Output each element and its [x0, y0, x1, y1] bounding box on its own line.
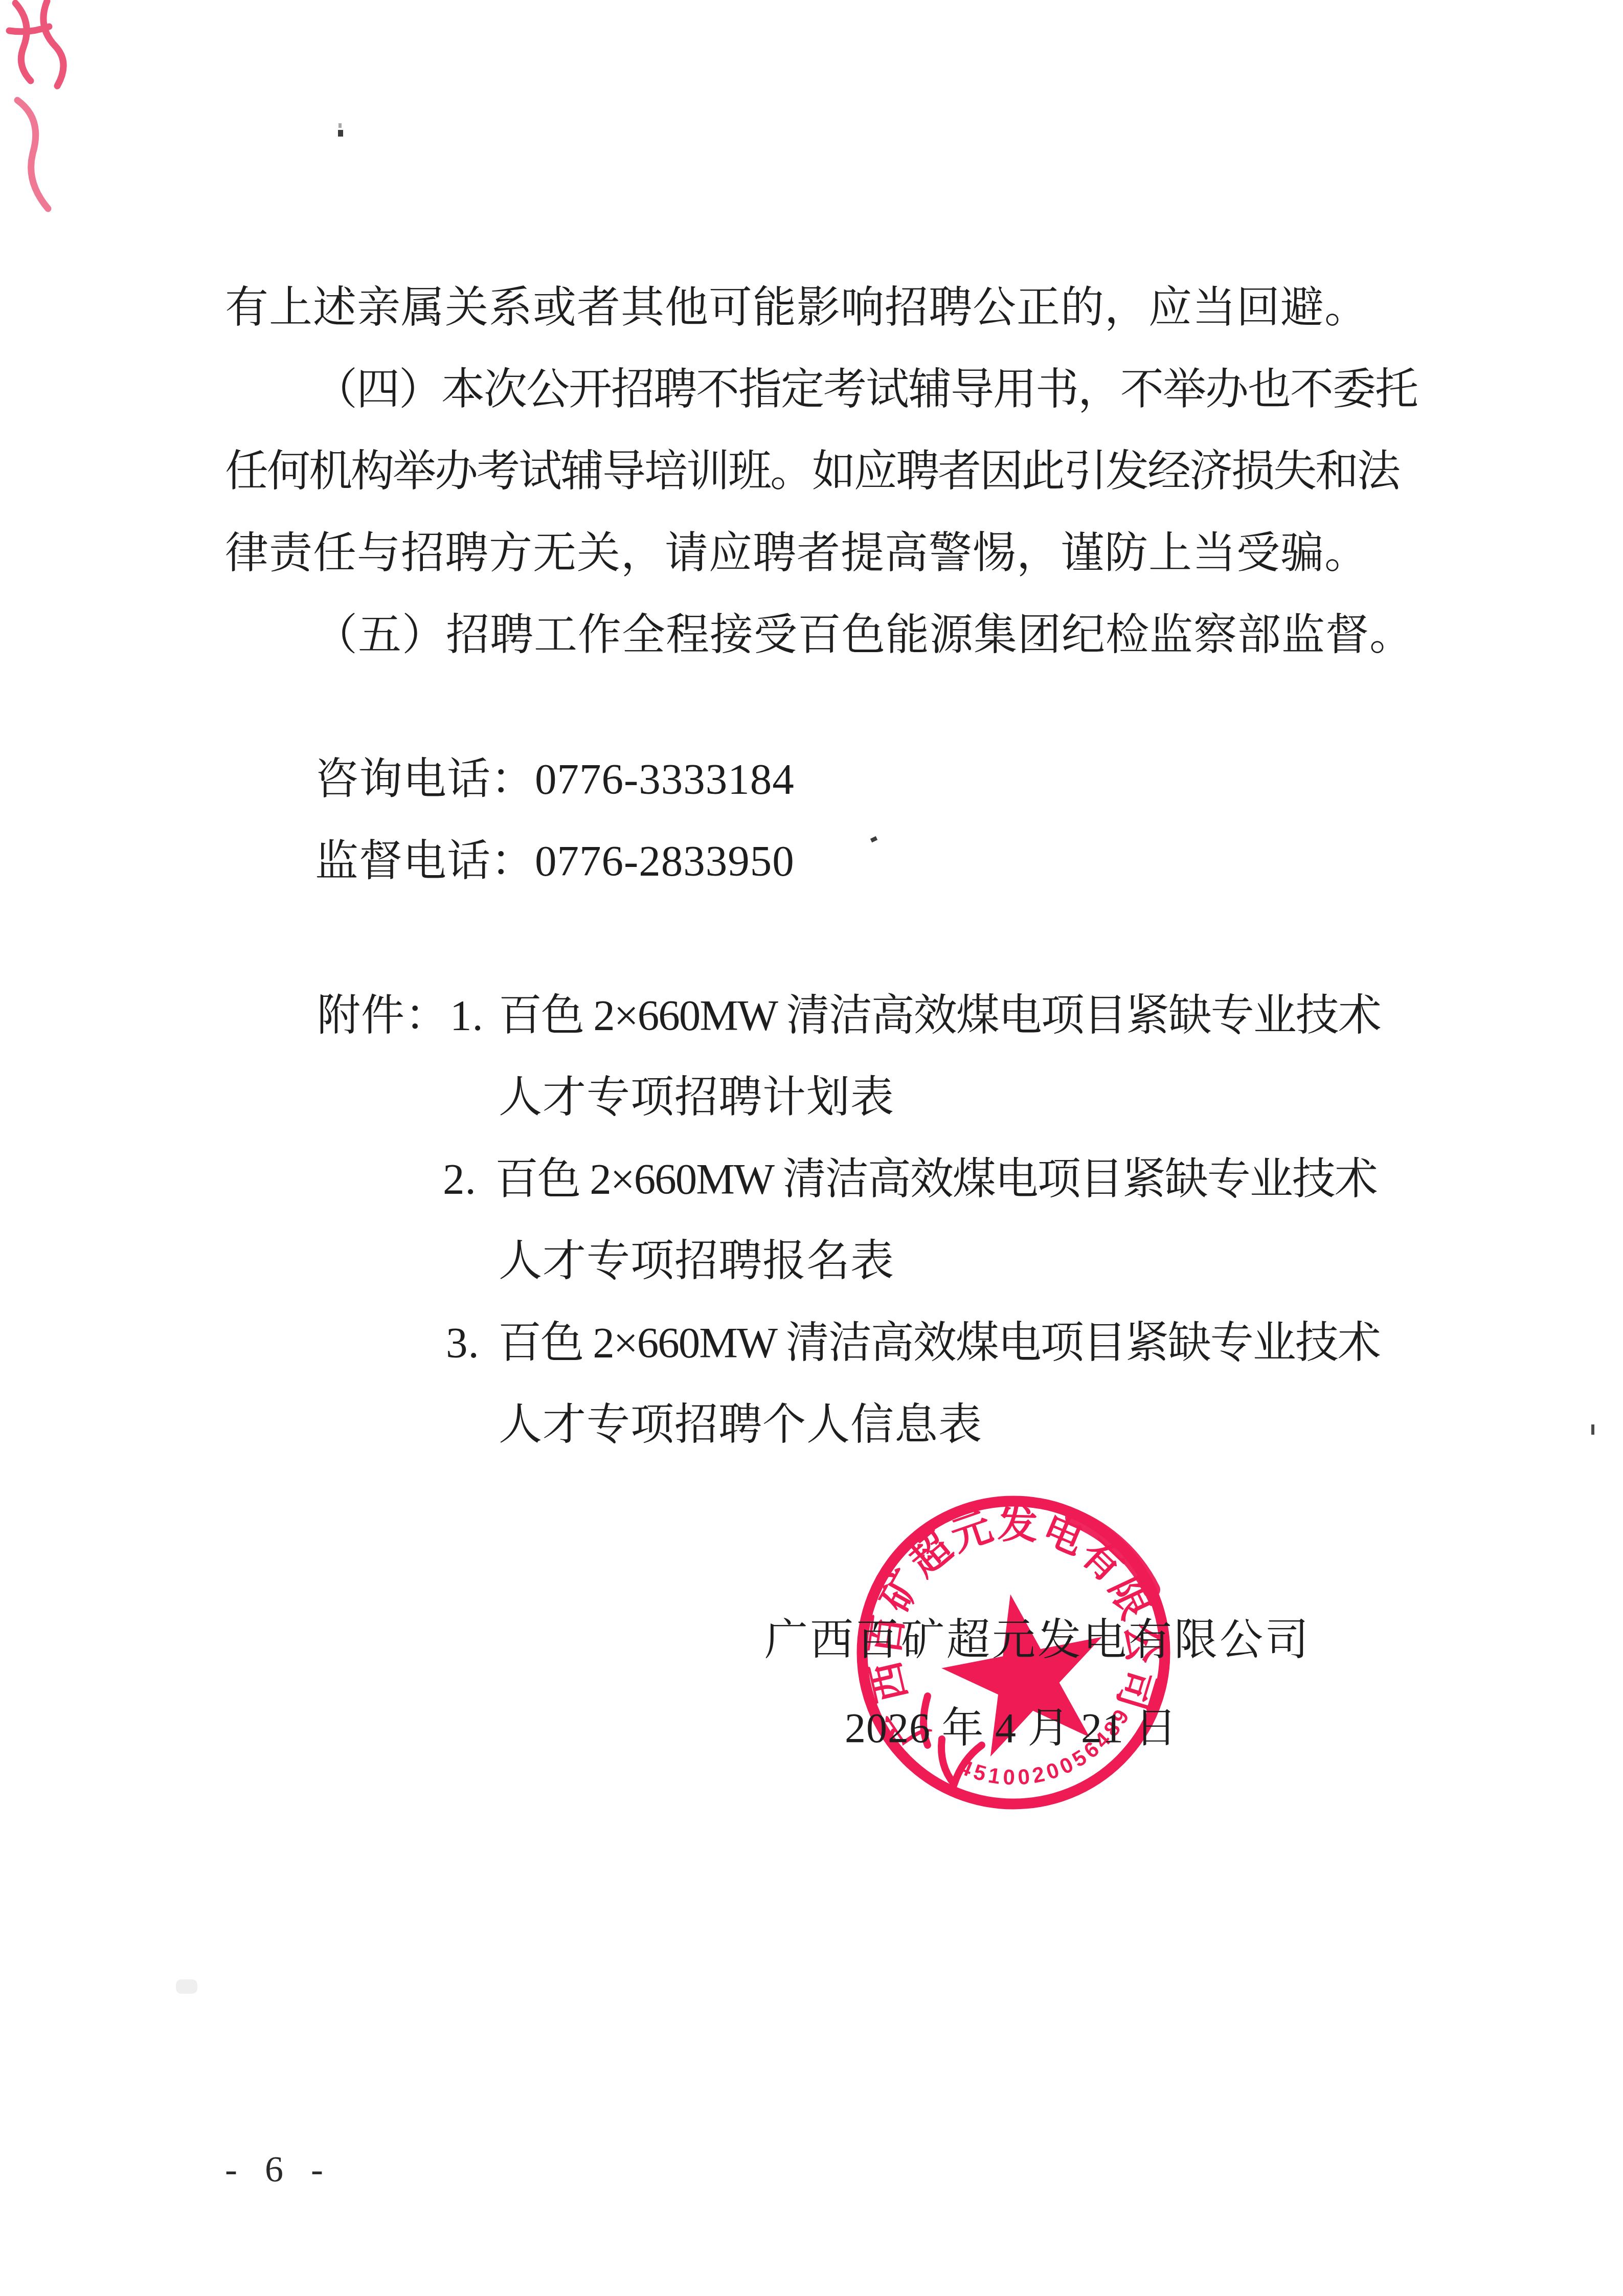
attachment-item-title: 百色 2×660MW 清洁高效煤电项目紧缺专业技术: [495, 1158, 1377, 1201]
corner-red-scribble: [9, 1, 63, 209]
seal-outer-ring: [862, 1501, 1165, 1804]
printed-text-layer: 有上述亲属关系或者其他可能影响招聘公正的，应当回避。 （四）本次公开招聘不指定考…: [0, 0, 1623, 2296]
supervision-phone-line: 监督电话：0776-2833950: [315, 840, 795, 883]
company-seal: 广西百矿超元发电有限公司 4510020056489: [862, 1501, 1165, 1804]
attachment-item-title2: 人才专项招聘计划表: [499, 1076, 894, 1120]
attachment-item-title2: 人才专项招聘报名表: [499, 1240, 894, 1283]
seal-code-text: 4510020056489: [956, 1705, 1134, 1789]
seal-ring-text: 广西百矿超元发电有限公司: [862, 1502, 1165, 1753]
body-line: （四）本次公开招聘不指定考试辅导用书，不举办也不委托: [314, 368, 1417, 412]
seal-ring-inkblob: [1074, 1518, 1152, 1590]
body-line: 有上述亲属关系或者其他可能影响招聘公正的，应当回避。: [225, 286, 1368, 330]
signature-date: 2026 年 4 月 21 日: [845, 1707, 1178, 1749]
seal-red-scribble: [923, 1696, 982, 1784]
document-page: 广西百矿超元发电有限公司 4510020056489 有上述亲属关系或者其他可能…: [0, 0, 1623, 2296]
seal-and-marks-layer: 广西百矿超元发电有限公司 4510020056489: [0, 0, 1623, 2296]
attachment-item-no: 3.: [446, 1322, 480, 1365]
attachment-item-no: 2.: [443, 1158, 477, 1201]
body-line: 任何机构举办考试辅导培训班。如应聘者因此引发经济损失和法: [225, 450, 1399, 494]
contact-phone-line: 咨询电话：0776-3333184: [315, 758, 795, 801]
attachment-label: 附件：: [317, 994, 449, 1038]
page-number: - 6 -: [225, 2148, 332, 2191]
body-line: （五）招聘工作全程接受百色能源集团纪检监察部监督。: [314, 614, 1413, 657]
scan-speck-cluster: [176, 123, 1594, 1994]
body-line: 律责任与招聘方无关，请应聘者提高警惕，谨防上当受骗。: [225, 532, 1368, 575]
attachment-item-no: 1.: [450, 994, 484, 1038]
attachment-item-title: 百色 2×660MW 清洁高效煤电项目紧缺专业技术: [498, 1322, 1380, 1365]
seal-star-icon: [930, 1579, 1120, 1763]
attachment-item-title: 百色 2×660MW 清洁高效煤电项目紧缺专业技术: [499, 994, 1381, 1038]
attachment-item-title2: 人才专项招聘个人信息表: [499, 1403, 982, 1447]
signature-company-name: 广西百矿超元发电有限公司: [764, 1619, 1311, 1662]
